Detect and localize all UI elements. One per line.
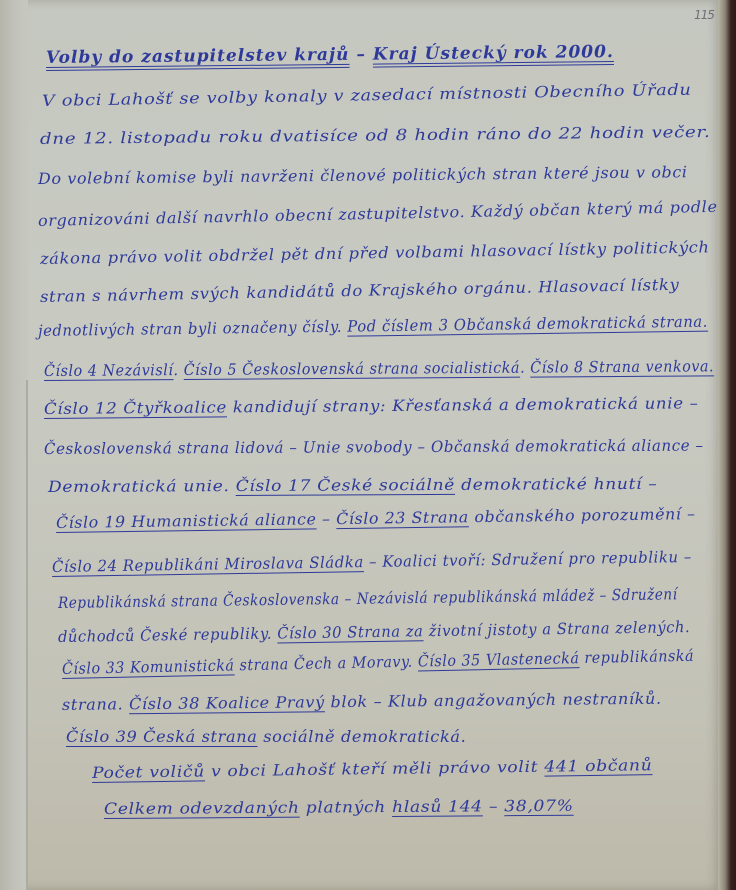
- title-part-1: Volby do zastupitelstev krajů: [46, 45, 350, 68]
- text-segment: –: [483, 797, 505, 815]
- text-line: Demokratická unie. Číslo 17 České sociál…: [48, 475, 658, 496]
- underlined-text: Počet voličů: [92, 762, 205, 782]
- underlined-text: Číslo 30 Strana za: [277, 622, 423, 642]
- text-segment: občanského porozumění –: [469, 505, 696, 526]
- underlined-text: hlasů 144: [392, 797, 483, 816]
- title-separator: –: [349, 45, 373, 65]
- text-line: Československá strana lidová – Unie svob…: [44, 437, 704, 458]
- text-segment: republikánská: [579, 647, 694, 667]
- underlined-text: Číslo 39 Česká strana: [66, 728, 258, 746]
- underlined-text: 38,07%: [504, 797, 573, 815]
- text-segment: .: [173, 361, 183, 379]
- text-segment: blok – Klub angažovaných nestraníků.: [325, 690, 662, 712]
- page-fold: [26, 380, 28, 890]
- underlined-text: Číslo 35 Vlastenecká: [418, 649, 580, 670]
- underlined-text: Číslo 33 Komunistická: [62, 656, 235, 678]
- text-segment: .: [520, 359, 530, 377]
- page-number: 115: [694, 8, 714, 22]
- underlined-text: Číslo 23 Strana: [336, 508, 469, 528]
- underlined-text: 441 občanů: [544, 756, 652, 776]
- underlined-text: Číslo 17 České sociálně: [236, 476, 455, 495]
- page-right-edge: [718, 0, 736, 890]
- text-segment: demokratické hnutí –: [455, 475, 658, 494]
- text-line: Celkem odevzdaných platných hlasů 144 – …: [104, 797, 574, 818]
- title-part-2: Kraj Ústecký rok 2000.: [373, 42, 614, 65]
- underlined-text: Číslo 38 Koalice Pravý: [129, 693, 325, 713]
- text-line: Číslo 39 Česká strana sociálně demokrati…: [66, 728, 466, 746]
- text-segment: strana.: [62, 695, 129, 714]
- text-segment: důchodců České republiky.: [58, 625, 278, 646]
- underlined-text: Číslo 8 Strana venkova.: [530, 357, 714, 376]
- text-segment: sociálně demokratická.: [258, 728, 467, 746]
- underlined-text: Číslo 4 Nezávislí: [44, 361, 174, 380]
- text-segment: Československá strana lidová – Unie svob…: [44, 437, 704, 458]
- underlined-text: Číslo 12 Čtyřkoalice: [44, 398, 227, 418]
- text-segment: platných: [300, 798, 393, 817]
- underlined-text: Celkem odevzdaných: [104, 799, 300, 818]
- page-left-edge: [0, 0, 28, 890]
- text-segment: Demokratická unie.: [48, 477, 236, 496]
- text-segment: –: [316, 510, 336, 528]
- underlined-text: Číslo 5 Československá strana socialisti…: [184, 359, 520, 379]
- underlined-text: Číslo 19 Humanistická aliance: [56, 510, 317, 532]
- text-segment: strana Čech a Moravy.: [234, 653, 418, 675]
